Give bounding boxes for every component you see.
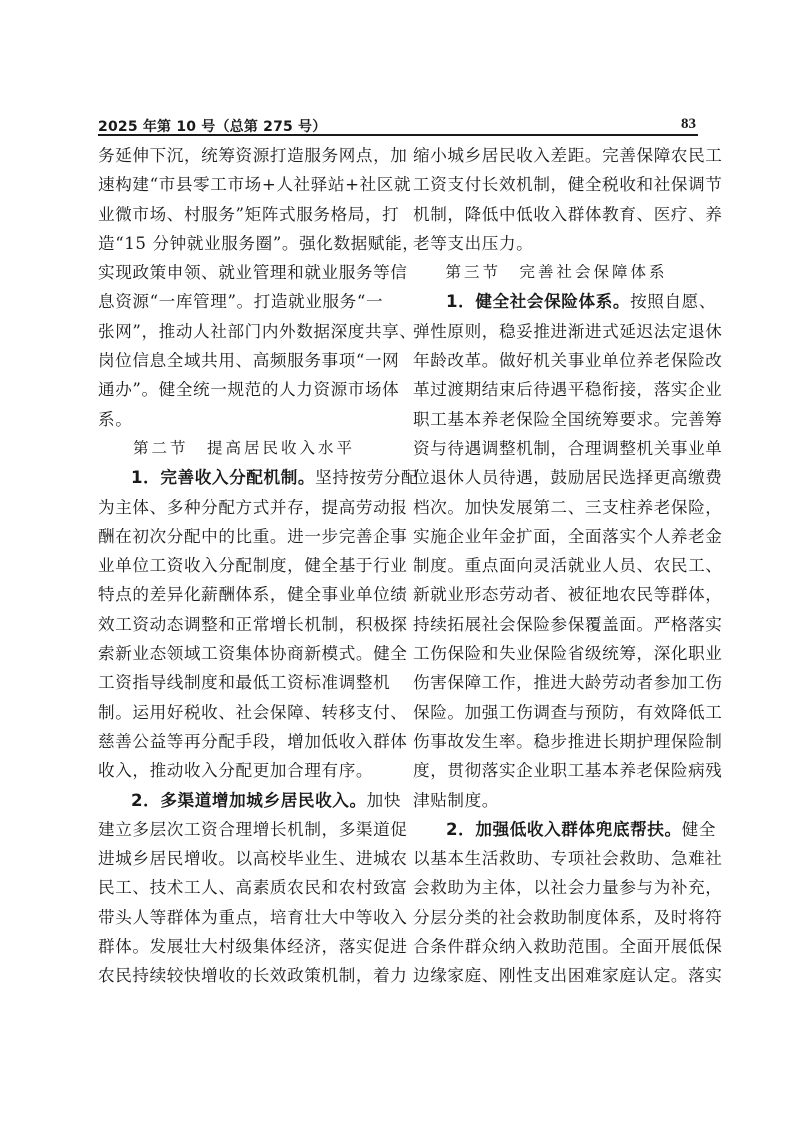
paragraph-start: 1．完善收入分配机制。坚持按劳分配: [98, 463, 390, 492]
text-line: 位退休人员待遇，鼓励居民选择更高缴费: [413, 463, 700, 492]
text-line: 岗位信息全域共用、高频服务事项“一网: [98, 346, 390, 375]
paragraph-lead-bold: 2．加强低收入群体兜底帮扶。: [446, 820, 682, 839]
text-line: 弹性原则，稳妥推进渐进式延迟法定退休: [413, 317, 700, 346]
text-line: 以基本生活救助、专项社会救助、急难社: [413, 844, 700, 873]
text-line: 农民持续较快增收的长效政策机制，着力: [98, 961, 390, 990]
text-line: 伤事故发生率。稳步推进长期护理保险制: [413, 727, 700, 756]
text-line: 业单位工资收入分配制度，健全基于行业: [98, 551, 390, 580]
text-line: 制。运用好税收、社会保障、转移支付、: [98, 698, 390, 727]
paragraph-text: 加快: [367, 791, 401, 810]
text-line: 度，贯彻落实企业职工基本养老保险病残: [413, 756, 700, 785]
text-line: 慈善公益等再分配手段，增加低收入群体: [98, 727, 390, 756]
text-line: 实现政策申领、就业管理和就业服务等信: [98, 258, 390, 287]
text-line: 造“15 分钟就业服务圈”。强化数据赋能，: [98, 229, 390, 258]
section-heading: 第三节 完善社会保障体系: [413, 258, 700, 287]
running-header: 2025 年第 10 号（总第 275 号） 83: [98, 115, 698, 136]
paragraph-text: 按照自愿、: [630, 292, 716, 311]
text-line: 速构建“市县零工市场+人社驿站+社区就: [98, 170, 390, 199]
text-line: 分层分类的社会救助制度体系，及时将符: [413, 903, 700, 932]
left-column: 务延伸下沉，统筹资源打造服务网点，加速构建“市县零工市场+人社驿站+社区就业微市…: [98, 141, 390, 991]
text-line: 缩小城乡居民收入差距。完善保障农民工: [413, 141, 700, 170]
text-line: 年龄改革。做好机关事业单位养老保险改: [413, 346, 700, 375]
text-line: 通办”。健全统一规范的人力资源市场体: [98, 375, 390, 404]
text-line: 带头人等群体为重点，培育壮大中等收入: [98, 903, 390, 932]
paragraph-start: 2．多渠道增加城乡居民收入。加快: [98, 786, 390, 815]
text-line: 津贴制度。: [413, 786, 700, 815]
paragraph-lead-bold: 2．多渠道增加城乡居民收入。: [131, 791, 367, 810]
issue-label: 2025 年第 10 号（总第 275 号）: [98, 116, 326, 136]
right-column: 缩小城乡居民收入差距。完善保障农民工工资支付长效机制，健全税收和社保调节机制，降…: [413, 141, 700, 991]
text-line: 收入，推动收入分配更加合理有序。: [98, 756, 390, 785]
text-line: 工资指导线制度和最低工资标准调整机: [98, 668, 390, 697]
text-line: 为主体、多种分配方式并存，提高劳动报: [98, 493, 390, 522]
text-line: 系。: [98, 405, 390, 434]
text-line: 民工、技术工人、高素质农民和农村致富: [98, 873, 390, 902]
text-line: 档次。加快发展第二、三支柱养老保险，: [413, 493, 700, 522]
text-line: 索新业态领域工资集体协商新模式。健全: [98, 639, 390, 668]
text-line: 边缘家庭、刚性支出困难家庭认定。落实: [413, 961, 700, 990]
text-line: 建立多层次工资合理增长机制，多渠道促: [98, 815, 390, 844]
text-line: 持续拓展社会保险参保覆盖面。严格落实: [413, 610, 700, 639]
text-line: 群体。发展壮大村级集体经济，落实促进: [98, 932, 390, 961]
text-line: 革过渡期结束后待遇平稳衔接，落实企业: [413, 375, 700, 404]
text-line: 保险。加强工伤调查与预防，有效降低工: [413, 698, 700, 727]
paragraph-lead-bold: 1．完善收入分配机制。: [131, 468, 315, 487]
page-number: 83: [681, 116, 696, 133]
text-line: 特点的差异化薪酬体系，健全事业单位绩: [98, 580, 390, 609]
paragraph-text: 坚持按劳分配: [315, 468, 418, 487]
text-line: 合条件群众纳入救助范围。全面开展低保: [413, 932, 700, 961]
text-line: 制度。重点面向灵活就业人员、农民工、: [413, 551, 700, 580]
text-line: 进城乡居民增收。以高校毕业生、进城农: [98, 844, 390, 873]
text-line: 酬在初次分配中的比重。进一步完善企事: [98, 522, 390, 551]
text-line: 伤害保障工作，推进大龄劳动者参加工伤: [413, 668, 700, 697]
paragraph-text: 健全: [682, 820, 716, 839]
text-line: 职工基本养老保险全国统筹要求。完善筹: [413, 405, 700, 434]
text-line: 工伤保险和失业保险省级统筹，深化职业: [413, 639, 700, 668]
text-line: 机制，降低中低收入群体教育、医疗、养: [413, 200, 700, 229]
text-line: 工资支付长效机制，健全税收和社保调节: [413, 170, 700, 199]
text-line: 张网”，推动人社部门内外数据深度共享、: [98, 317, 390, 346]
text-line: 老等支出压力。: [413, 229, 700, 258]
text-line: 效工资动态调整和正常增长机制，积极探: [98, 610, 390, 639]
paragraph-start: 2．加强低收入群体兜底帮扶。健全: [413, 815, 700, 844]
paragraph-start: 1．健全社会保险体系。按照自愿、: [413, 287, 700, 316]
text-line: 资与待遇调整机制，合理调整机关事业单: [413, 434, 700, 463]
text-line: 务延伸下沉，统筹资源打造服务网点，加: [98, 141, 390, 170]
text-line: 会救助为主体，以社会力量参与为补充，: [413, 873, 700, 902]
text-line: 息资源“一库管理”。打造就业服务“一: [98, 287, 390, 316]
paragraph-lead-bold: 1．健全社会保险体系。: [446, 292, 630, 311]
text-line: 新就业形态劳动者、被征地农民等群体，: [413, 580, 700, 609]
text-line: 业微市场、村服务”矩阵式服务格局，打: [98, 200, 390, 229]
text-line: 实施企业年金扩面，全面落实个人养老金: [413, 522, 700, 551]
section-heading: 第二节 提高居民收入水平: [98, 434, 390, 463]
